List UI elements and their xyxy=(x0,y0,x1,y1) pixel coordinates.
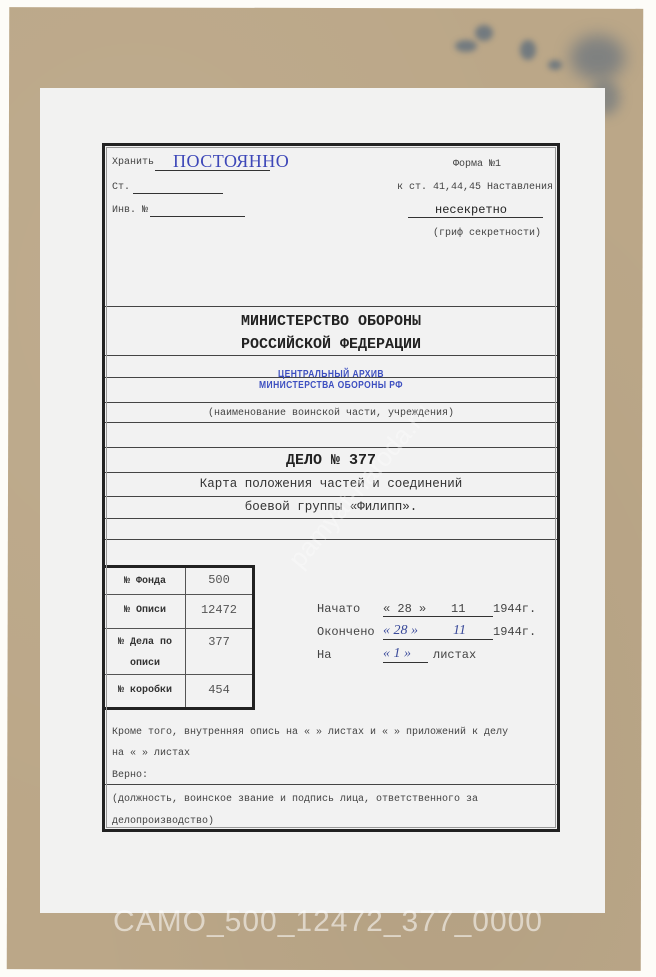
rule-line xyxy=(105,306,557,307)
table-row: № Описи 12472 xyxy=(105,595,252,629)
rule-line xyxy=(105,447,557,448)
responsible-line-1: (должность, воинское звание и подпись ли… xyxy=(112,794,478,805)
ended-day: « 28 » xyxy=(383,623,418,639)
secrecy-underline xyxy=(408,217,543,218)
secrecy-caption: (гриф секретности) xyxy=(433,228,541,239)
inv-underline xyxy=(150,216,245,217)
registry-table: № Фонда 500 № Описи 12472 № Дела по опис… xyxy=(105,565,255,710)
ended-label: Окончено xyxy=(317,625,375,639)
rule-line xyxy=(105,422,557,423)
responsible-line-2: делопроизводство) xyxy=(112,816,214,827)
fond-label: № Фонда xyxy=(105,576,185,587)
ended-underline xyxy=(383,639,493,640)
archive-stamp-line-2: МИНИСТЕРСТВА ОБОРОНЫ РФ xyxy=(139,380,523,391)
case-title: ДЕЛО № 377 xyxy=(105,452,557,469)
case-cover-form: Хранить ПОСТОЯННО Ст. Инв. № Форма №1 к … xyxy=(102,143,560,832)
started-day: « 28 » xyxy=(383,602,426,616)
box-value: 454 xyxy=(186,683,252,697)
keep-label: Хранить xyxy=(112,157,154,168)
inv-label: Инв. № xyxy=(112,205,148,216)
archive-stamp-line-1: ЦЕНТРАЛЬНЫЙ АРХИВ xyxy=(139,369,523,380)
box-label: № коробки xyxy=(105,685,185,696)
case-description-line-2: боевой группы «Филипп». xyxy=(105,500,557,514)
delo-label-2: описи xyxy=(105,658,185,669)
rule-line xyxy=(105,472,557,473)
rule-line xyxy=(105,355,557,356)
ended-year: 1944г. xyxy=(493,625,536,639)
opis-label: № Описи xyxy=(105,605,185,616)
started-underline xyxy=(383,616,493,617)
opis-value: 12472 xyxy=(186,603,252,617)
st-label: Ст. xyxy=(112,182,130,193)
sheets-suffix: листах xyxy=(433,648,476,662)
fond-value: 500 xyxy=(186,573,252,587)
table-row: № коробки 454 xyxy=(105,675,252,707)
ink-stain xyxy=(520,40,536,60)
inventory-line-2: на « » листах xyxy=(112,748,190,759)
rule-line xyxy=(105,496,557,497)
started-month: 11 xyxy=(451,602,465,616)
rule-line xyxy=(105,518,557,519)
file-id-watermark: CAMO_500_12472_377_0000 xyxy=(0,905,656,939)
ink-stain xyxy=(548,60,562,70)
verified-label: Верно: xyxy=(112,770,148,781)
sheets-underline xyxy=(383,662,428,663)
table-row: № Дела по описи 377 xyxy=(105,629,252,675)
case-description-line-1: Карта положения частей и соединений xyxy=(105,477,557,491)
secrecy-value: несекретно xyxy=(435,203,507,217)
table-row: № Фонда 500 xyxy=(105,568,252,595)
keep-stamp: ПОСТОЯННО xyxy=(173,151,289,172)
unit-caption: (наименование воинской части, учреждения… xyxy=(105,408,557,419)
inventory-line-1: Кроме того, внутренняя опись на « » лист… xyxy=(112,727,508,738)
delo-value: 377 xyxy=(186,635,252,649)
ink-stain xyxy=(570,35,625,80)
st-underline xyxy=(133,193,223,194)
started-label: Начато xyxy=(317,602,360,616)
ministry-line-1: МИНИСТЕРСТВО ОБОРОНЫ xyxy=(105,313,557,330)
sheets-value: « 1 » xyxy=(383,646,411,662)
rule-line xyxy=(105,784,557,785)
ink-stain xyxy=(475,25,493,41)
form-reference: к ст. 41,44,45 Наставления xyxy=(397,182,553,193)
ink-stain xyxy=(455,40,477,52)
rule-line xyxy=(105,402,557,403)
delo-label: № Дела по xyxy=(105,637,185,648)
rule-line xyxy=(105,539,557,540)
started-year: 1944г. xyxy=(493,602,536,616)
ministry-line-2: РОССИЙСКОЙ ФЕДЕРАЦИИ xyxy=(105,336,557,353)
form-label: Форма №1 xyxy=(453,159,501,170)
ended-month: 11 xyxy=(453,623,466,639)
sheets-label: На xyxy=(317,648,331,662)
